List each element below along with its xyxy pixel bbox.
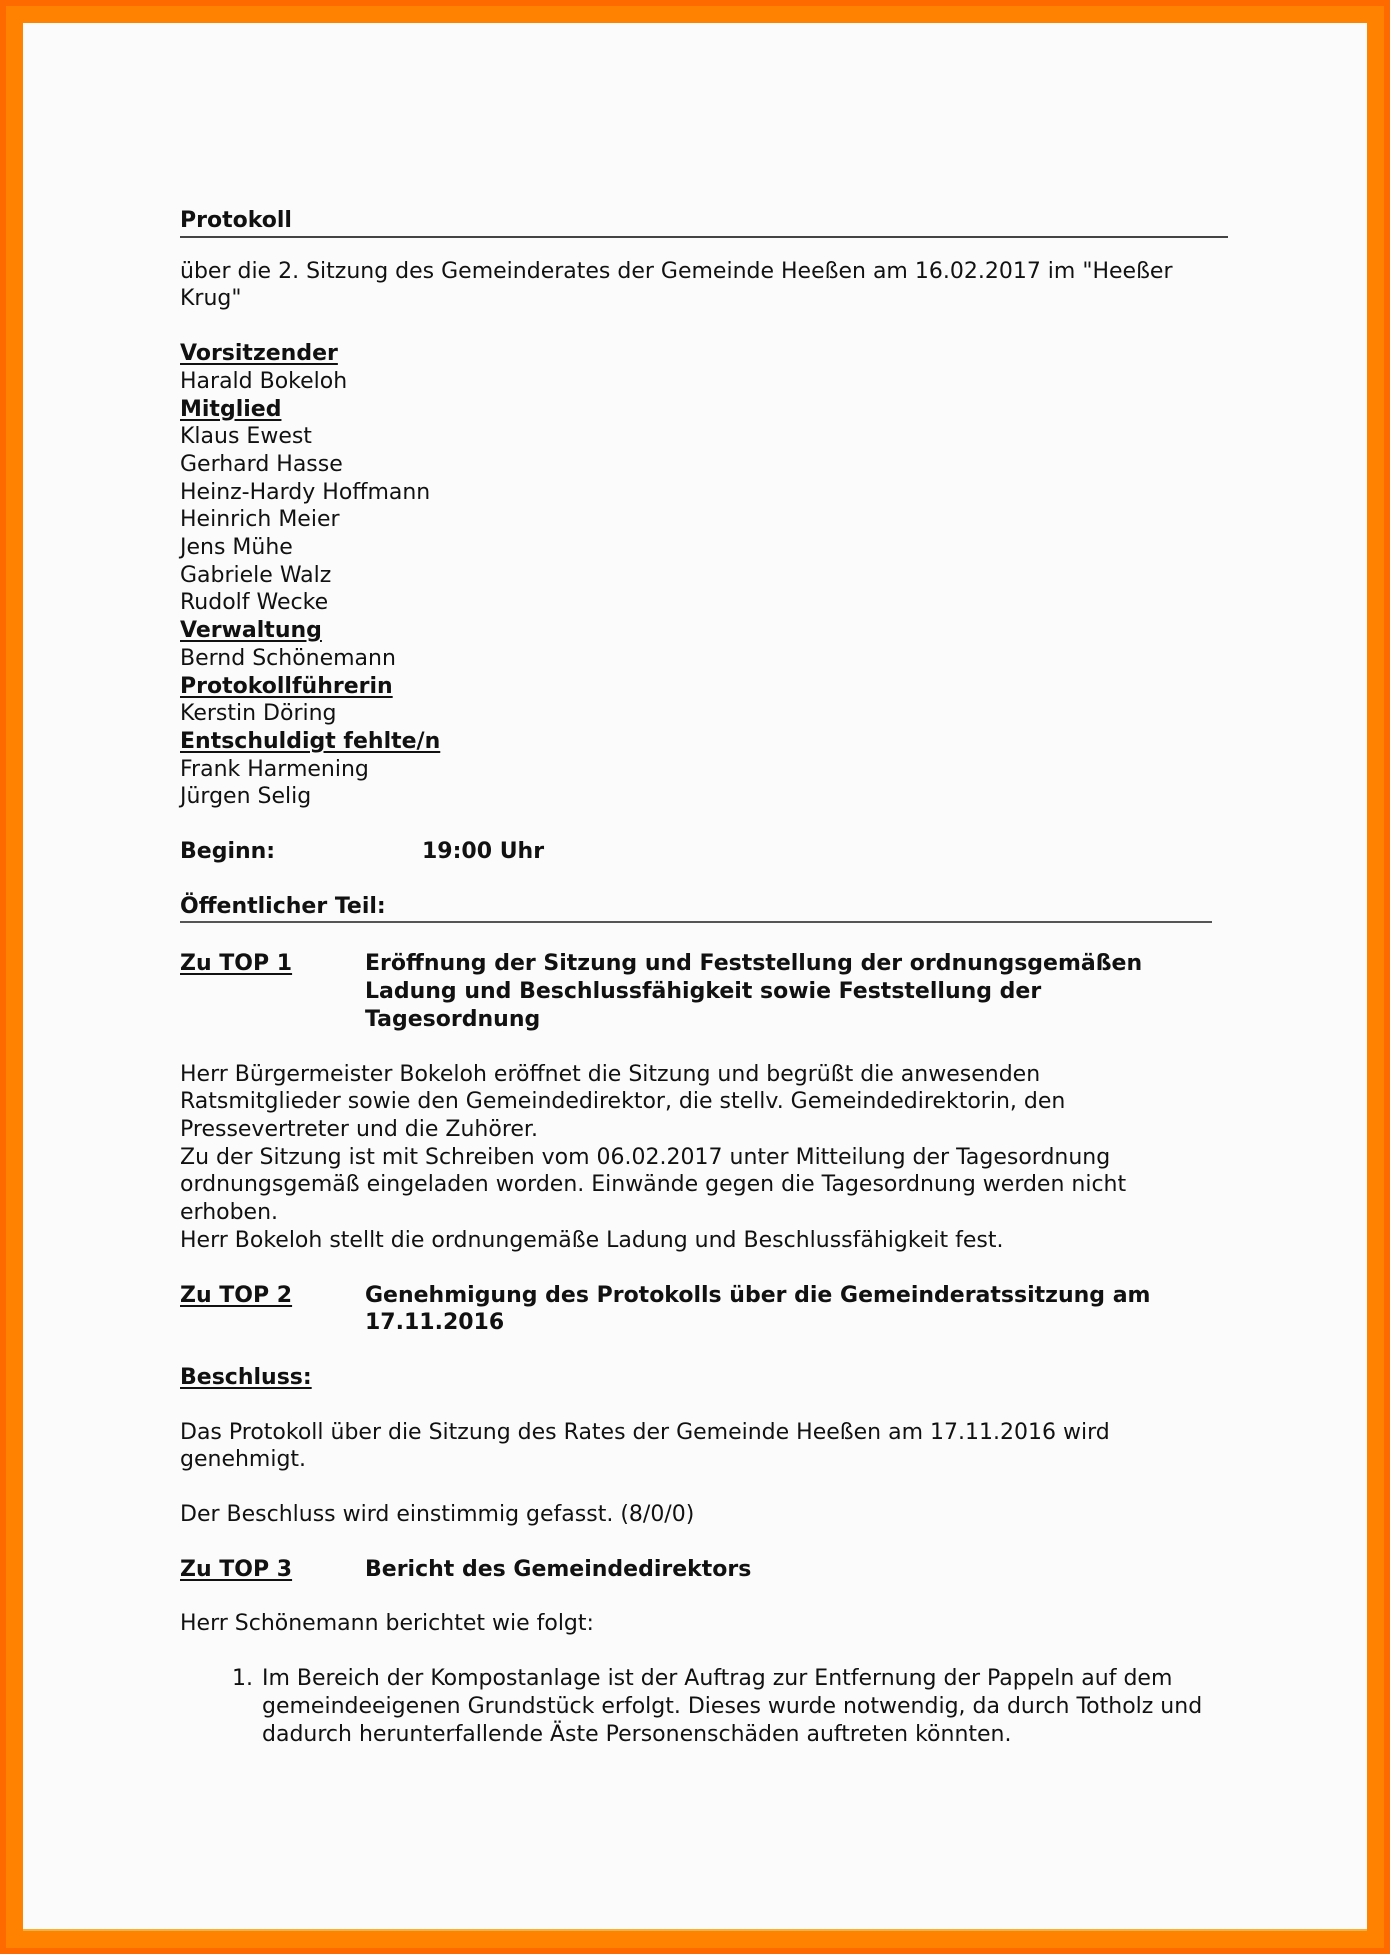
attendee: Heinz-Hardy Hoffmann [180,479,1230,507]
start-time-value: 19:00 Uhr [422,838,544,866]
start-time-label: Beginn: [180,838,422,866]
agenda-1-body: Herr Bürgermeister Bokeloh eröffnet die … [180,1061,1200,1255]
agenda-title: Genehmigung des Protokolls über die Geme… [365,1282,1205,1337]
role-chair: Vorsitzender [180,340,1230,368]
attendee: Kerstin Döring [180,700,1230,728]
report-lead: Herr Schönemann berichtet wie folgt: [180,1610,1200,1638]
agenda-number: Zu TOP 3 [180,1556,365,1584]
attendee: Jürgen Selig [180,783,1230,811]
role-excused: Entschuldigt fehlte/n [180,728,1230,756]
paragraph: Zu der Sitzung ist mit Schreiben vom 06.… [180,1144,1200,1227]
agenda-item-3: Zu TOP 3 Bericht des Gemeindedirektors [180,1556,1230,1584]
attendee: Bernd Schönemann [180,645,1230,673]
role-minute-taker: Protokollführerin [180,673,1230,701]
attendee: Gabriele Walz [180,562,1230,590]
attendee: Rudolf Wecke [180,589,1230,617]
agenda-title: Eröffnung der Sitzung und Feststellung d… [365,950,1205,1033]
attendee: Jens Mühe [180,534,1230,562]
agenda-title: Bericht des Gemeindedirektors [365,1556,1205,1584]
agenda-item-2: Zu TOP 2 Genehmigung des Protokolls über… [180,1282,1230,1337]
public-part-heading: Öffentlicher Teil: [180,893,1212,924]
vote-result: Der Beschluss wird einstimmig gefasst. (… [180,1501,1200,1529]
attendee: Frank Harmening [180,756,1230,784]
role-member: Mitglied [180,396,1230,424]
attendance-list: Vorsitzender Harald Bokeloh Mitglied Kla… [180,340,1230,811]
attendee: Harald Bokeloh [180,368,1230,396]
document-title: Protokoll [180,207,1228,238]
attendee: Gerhard Hasse [180,451,1230,479]
agenda-item-1: Zu TOP 1 Eröffnung der Sitzung und Fests… [180,950,1230,1033]
resolution-label: Beschluss: [180,1364,1230,1392]
agenda-number: Zu TOP 2 [180,1282,365,1337]
start-time: Beginn: 19:00 Uhr [180,838,1230,866]
attendee: Heinrich Meier [180,506,1230,534]
report-list: Im Bereich der Kompostanlage ist der Auf… [180,1665,1210,1748]
report-item: Im Bereich der Kompostanlage ist der Auf… [260,1665,1210,1748]
intro-text: über die 2. Sitzung des Gemeinderates de… [180,258,1230,313]
role-administration: Verwaltung [180,617,1230,645]
protocol-content: Protokoll über die 2. Sitzung des Gemein… [180,207,1230,1748]
agenda-number: Zu TOP 1 [180,950,365,1033]
paragraph: Herr Bürgermeister Bokeloh eröffnet die … [180,1061,1200,1144]
attendee: Klaus Ewest [180,423,1230,451]
paragraph: Herr Bokeloh stellt die ordnungemäße Lad… [180,1227,1200,1255]
resolution-text: Das Protokoll über die Sitzung des Rates… [180,1419,1200,1474]
